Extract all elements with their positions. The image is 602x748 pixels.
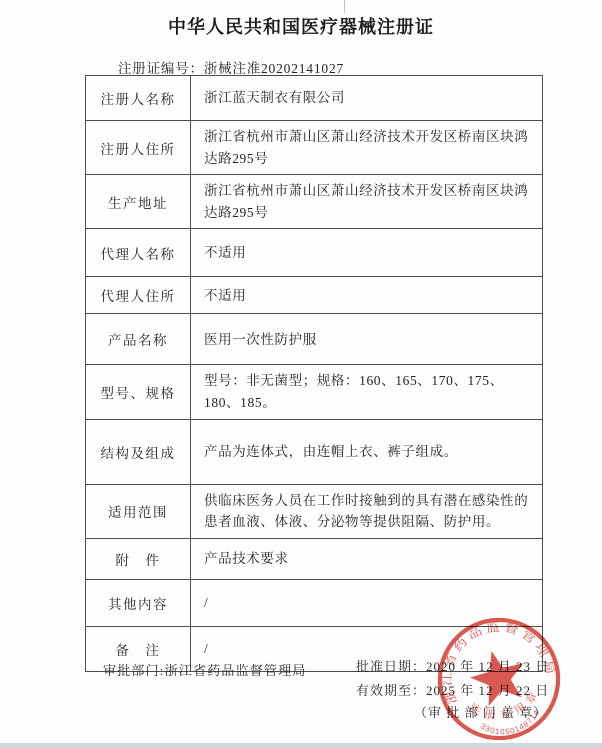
row-value: 供临床医务人员在工作时接触到的具有潜在感染性的患者血液、体液、分泌物等提供阻隔、… — [191, 485, 542, 538]
table-row: 附 件 产品技术要求 — [86, 538, 542, 579]
row-label: 其他内容 — [86, 580, 191, 626]
table-row: 注册人名称 浙江蓝天制衣有限公司 — [86, 76, 542, 120]
row-value: 不适用 — [191, 229, 542, 276]
registration-number-value: 浙械注准20202141027 — [204, 61, 344, 76]
row-value: 型号：非无菌型；规格：160、165、170、175、180、185。 — [191, 365, 542, 418]
approval-date: 批准日期：2020 年 12 月 23 日 — [356, 656, 549, 675]
approval-department: 审批部门:浙江省药品监督管理局 — [103, 660, 307, 679]
row-label: 附 件 — [86, 539, 191, 579]
scan-edge — [0, 743, 602, 748]
row-value: 浙江蓝天制衣有限公司 — [191, 76, 542, 120]
registration-number-label: 注册证编号： — [118, 61, 204, 76]
row-label: 注册人名称 — [86, 76, 191, 120]
row-label: 型号、规格 — [86, 365, 191, 418]
table-row: 代理人住所 不适用 — [86, 276, 542, 313]
certificate-page: 中华人民共和国医疗器械注册证 注册证编号：浙械注准20202141027 注册人… — [0, 0, 602, 748]
row-label: 代理人住所 — [86, 277, 191, 313]
table-row: 注册人住所 浙江省杭州市萧山区萧山经济技术开发区桥南区块鸿达路295号 — [86, 120, 542, 174]
certificate-table: 注册人名称 浙江蓝天制衣有限公司 注册人住所 浙江省杭州市萧山区萧山经济技术开发… — [85, 75, 543, 672]
table-row: 产品名称 医用一次性防护服 — [86, 313, 542, 364]
table-row: 代理人名称 不适用 — [86, 228, 542, 276]
valid-until-date: 有效期至：2025 年 12 月 22 日 — [356, 680, 549, 699]
table-row: 生产地址 浙江省杭州市萧山区萧山经济技术开发区桥南区块鸿达路295号 — [86, 174, 542, 228]
row-value: 不适用 — [191, 277, 542, 313]
row-label: 生产地址 — [86, 175, 191, 228]
row-label: 产品名称 — [86, 314, 191, 364]
row-label: 注册人住所 — [86, 121, 191, 174]
row-label: 适用范围 — [86, 485, 191, 538]
table-row: 其他内容 / — [86, 579, 542, 626]
table-row: 结构及组成 产品为连体式，由连帽上衣、裤子组成。 — [86, 419, 542, 484]
row-value: / — [191, 580, 542, 626]
row-label: 结构及组成 — [86, 420, 191, 484]
row-value: 医用一次性防护服 — [191, 314, 542, 364]
table-row: 适用范围 供临床医务人员在工作时接触到的具有潜在感染性的患者血液、体液、分泌物等… — [86, 484, 542, 538]
seal-instruction: （审 批 部 门 盖 章） — [414, 702, 547, 721]
row-value: 浙江省杭州市萧山区萧山经济技术开发区桥南区块鸿达路295号 — [191, 175, 542, 228]
row-value: 产品技术要求 — [191, 539, 542, 579]
row-value: 产品为连体式，由连帽上衣、裤子组成。 — [191, 420, 542, 484]
certificate-title: 中华人民共和国医疗器械注册证 — [0, 13, 602, 39]
registration-number-line: 注册证编号：浙械注准20202141027 — [118, 57, 344, 77]
row-value: 浙江省杭州市萧山区萧山经济技术开发区桥南区块鸿达路295号 — [191, 121, 542, 174]
table-row: 型号、规格 型号：非无菌型；规格：160、165、170、175、180、185… — [86, 364, 542, 418]
scan-fold-mark — [344, 0, 345, 13]
row-label: 代理人名称 — [86, 229, 191, 276]
